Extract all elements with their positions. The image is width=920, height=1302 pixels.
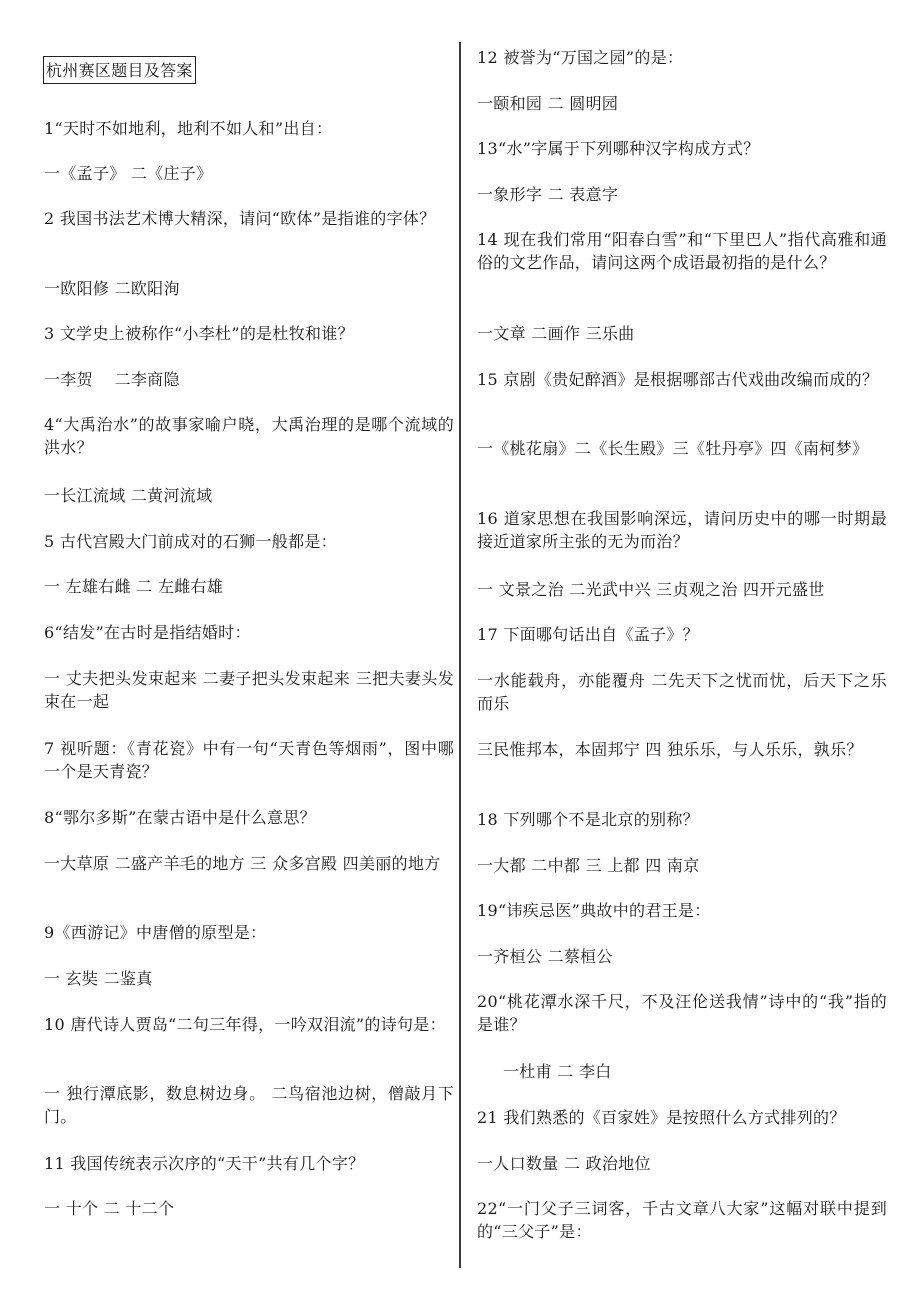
question-14: 14 现在我们常用“阳春白雪”和“下里巴人”指代高雅和通俗的文艺作品，请问这两个… xyxy=(477,228,887,274)
answer-options-20: 一杜甫 二 李白 xyxy=(477,1060,887,1083)
answer-options-3: 一李贺 二李商隐 xyxy=(44,368,454,391)
question-11: 11 我国传统表示次序的“天干”共有几个字？ xyxy=(44,1152,454,1175)
question-19: 19“讳疾忌医”典故中的君王是： xyxy=(477,899,887,922)
answer-options-17b: 三民惟邦本，本固邦宁 四 独乐乐，与人乐乐，孰乐？ xyxy=(477,738,887,761)
answer-options-11: 一 十个 二 十二个 xyxy=(44,1197,454,1220)
answer-options-15: 一《桃花扇》二《长生殿》三《牡丹亭》四《南柯梦》 xyxy=(477,437,887,460)
answer-options-17a: 一水能载舟，亦能覆舟 二先天下之忧而忧，后天下之乐而乐 xyxy=(477,669,887,715)
answer-options-13: 一象形字 二 表意字 xyxy=(477,183,887,206)
question-20: 20“桃花潭水深千尺，不及汪伦送我情”诗中的“我”指的是谁？ xyxy=(477,990,887,1036)
answer-options-12: 一颐和园 二 圆明园 xyxy=(477,92,887,115)
question-4: 4“大禹治水”的故事家喻户晓，大禹治理的是哪个流域的洪水？ xyxy=(44,413,454,459)
question-18: 18 下列哪个不是北京的别称？ xyxy=(477,808,887,831)
answer-options-8: 一大草原 二盛产羊毛的地方 三 众多宫殿 四美丽的地方 xyxy=(44,852,454,875)
answer-options-2: 一欧阳修 二欧阳洵 xyxy=(44,277,454,300)
answer-options-18: 一大都 二中都 三 上都 四 南京 xyxy=(477,854,887,877)
question-1: 1“天时不如地利，地利不如人和”出自： xyxy=(44,117,454,140)
answer-options-14: 一文章 二画作 三乐曲 xyxy=(477,322,887,345)
question-8: 8“鄂尔多斯”在蒙古语中是什么意思？ xyxy=(44,806,454,829)
answer-options-6: 一 丈夫把头发束起来 二妻子把头发束起来 三把夫妻头发束在一起 xyxy=(44,667,454,713)
document-title: 杭州赛区题目及答案 xyxy=(43,56,196,84)
question-9: 9《西游记》中唐僧的原型是： xyxy=(44,921,454,944)
answer-options-21: 一人口数量 二 政治地位 xyxy=(477,1152,887,1175)
document-page: 杭州赛区题目及答案 1“天时不如地利，地利不如人和”出自： 一《孟子》 二《庄子… xyxy=(0,0,920,1302)
question-5: 5 古代宫殿大门前成对的石狮一般都是： xyxy=(44,530,454,553)
question-7: 7 视听题：《青花瓷》中有一句“天青色等烟雨”，图中哪一个是天青瓷？ xyxy=(44,737,454,783)
question-6: 6“结发”在古时是指结婚时： xyxy=(44,621,454,644)
answer-options-19: 一齐桓公 二蔡桓公 xyxy=(477,945,887,968)
question-3: 3 文学史上被称作“小李杜”的是杜牧和谁？ xyxy=(44,322,454,345)
question-10: 10 唐代诗人贾岛“二句三年得，一吟双泪流”的诗句是： xyxy=(44,1013,454,1036)
column-divider xyxy=(459,42,461,1268)
question-15: 15 京剧《贵妃醉酒》是根据哪部古代戏曲改编而成的？ xyxy=(477,368,887,391)
question-13: 13“水”字属于下列哪种汉字构成方式？ xyxy=(477,137,887,160)
answer-options-4: 一长江流域 二黄河流域 xyxy=(44,484,454,507)
answer-options-10: 一 独行潭底影，数息树边身。 二鸟宿池边树，僧敲月下门。 xyxy=(44,1082,454,1128)
question-16: 16 道家思想在我国影响深远，请问历史中的哪一时期最接近道家所主张的无为而治？ xyxy=(477,507,887,553)
answer-options-1: 一《孟子》 二《庄子》 xyxy=(44,162,454,185)
question-17: 17 下面哪句话出自《孟子》？ xyxy=(477,623,887,646)
answer-options-5: 一 左雄右雌 二 左雌右雄 xyxy=(44,575,454,598)
answer-options-9: 一 玄奘 二鉴真 xyxy=(44,967,454,990)
answer-options-16: 一 文景之治 二光武中兴 三贞观之治 四开元盛世 xyxy=(477,578,887,601)
question-21: 21 我们熟悉的《百家姓》是按照什么方式排列的？ xyxy=(477,1106,887,1129)
question-2: 2 我国书法艺术博大精深，请问“欧体”是指谁的字体？ xyxy=(44,207,454,230)
question-22: 22“一门父子三词客，千古文章八大家”这幅对联中提到的“三父子”是： xyxy=(477,1197,887,1243)
question-12: 12 被誉为“万国之园”的是： xyxy=(477,46,887,69)
